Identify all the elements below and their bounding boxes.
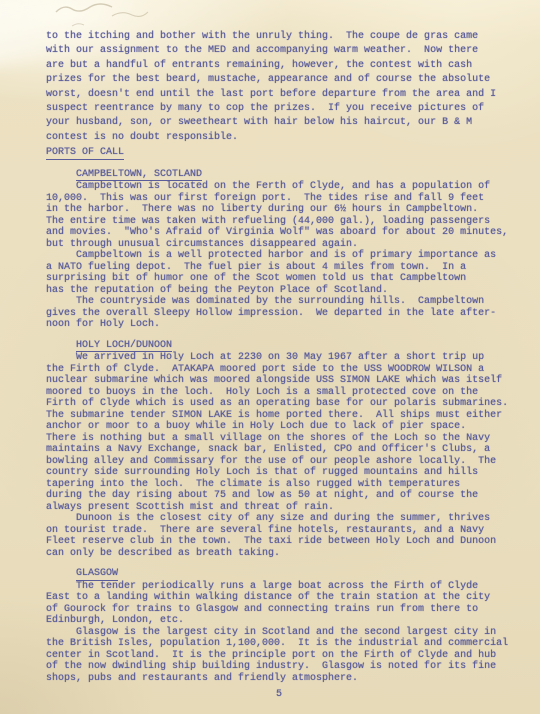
ports-of-call-label: PORTS OF CALL: [46, 147, 124, 160]
text-line: Edinburgh, London, etc.: [46, 615, 512, 627]
section-title: GLASGOW: [76, 568, 118, 581]
text-line: during the day rising about 75 and low a…: [46, 490, 512, 502]
text-line: noon for Holy Loch.: [46, 319, 512, 331]
text-line: are but a handful of entrants remaining,…: [46, 59, 512, 73]
text-line: There is nothing but a small village on …: [46, 433, 512, 445]
section-heading: HOLY LOCH/DUNOON: [46, 340, 512, 353]
section-heading-line: CAMPBELTOWN, SCOTLAND: [76, 169, 512, 182]
text-line: We arrived in Holy Loch at 2230 on 30 Ma…: [46, 352, 512, 364]
section-heading: GLASGOW: [46, 568, 512, 581]
section-holy-loch-dunoon: HOLY LOCH/DUNOON We arrived in Holy Loch…: [46, 340, 512, 560]
paragraph: The countryside was dominated by the sur…: [46, 296, 512, 331]
text-line: The entire time was taken with refueling…: [46, 216, 512, 228]
text-line: to the itching and bother with the unrul…: [46, 30, 512, 44]
section-campbeltown-scotland: CAMPBELTOWN, SCOTLAND Campbeltown is loc…: [46, 169, 512, 331]
document-page: to the itching and bother with the unrul…: [0, 0, 540, 714]
text-line: of Gourock for trains to Glasgow and con…: [46, 604, 512, 616]
text-line: can only be described as breath taking.: [46, 548, 512, 560]
text-line: Fleet reserve club in the town. The taxi…: [46, 536, 512, 548]
text-line: nuclear submarine which was moored along…: [46, 375, 512, 387]
text-line: always present Scottish mist and threat …: [46, 502, 512, 514]
paragraph: The tender periodically runs a large boa…: [46, 581, 512, 627]
text-line: the British Isles, population 1,100,000.…: [46, 638, 512, 650]
section-title: CAMPBELTOWN, SCOTLAND: [76, 169, 202, 182]
text-line: a NATO fueling depot. The fuel pier is a…: [46, 262, 512, 274]
text-line: prizes for the best beard, mustache, app…: [46, 73, 512, 87]
intro-paragraph: to the itching and bother with the unrul…: [46, 30, 512, 145]
text-line: Campbeltown is a well protected harbor a…: [46, 250, 512, 262]
section-heading-line: HOLY LOCH/DUNOON: [76, 340, 512, 353]
text-line: of the now dwindling ship building indus…: [46, 661, 512, 673]
text-line: worst, doesn't end until the last port b…: [46, 88, 512, 102]
text-line: has the reputation of being the Peyton P…: [46, 285, 512, 297]
text-line: bowling alley and Commissary for the use…: [46, 456, 512, 468]
text-line: tapering into the loch. The climate is a…: [46, 479, 512, 491]
text-line: but through unusual circumstances disapp…: [46, 239, 512, 251]
text-line: contest is no doubt responsible.: [46, 131, 512, 145]
text-line: maintains a Navy Exchange, snack bar, En…: [46, 444, 512, 456]
page-number: 5: [46, 689, 512, 701]
text-line: Glasgow is the largest city in Scotland …: [46, 627, 512, 639]
text-line: The tender periodically runs a large boa…: [46, 581, 512, 593]
text-line: 10,000. This was our first foreign port.…: [46, 193, 512, 205]
paragraph: Dunoon is the closest city of any size a…: [46, 513, 512, 559]
text-line: anchor or moor to a buoy while in Holy L…: [46, 421, 512, 433]
text-line: your husband, son, or sweetheart with ha…: [46, 116, 512, 130]
text-line: center in Scotland. It is the principle …: [46, 650, 512, 662]
text-line: gives the overall Sleepy Hollow impressi…: [46, 308, 512, 320]
ports-of-call-line: PORTS OF CALL: [46, 147, 512, 160]
paragraph: Campbeltown is located on the Ferth of C…: [46, 181, 512, 250]
text-line: in the harbor. There was no liberty duri…: [46, 204, 512, 216]
section-heading-line: GLASGOW: [76, 568, 512, 581]
section-title: HOLY LOCH/DUNOON: [76, 340, 172, 353]
section-glasgow: GLASGOW The tender periodically runs a l…: [46, 568, 512, 684]
text-line: surprising bit of humor one of the Scot …: [46, 273, 512, 285]
paragraph: Glasgow is the largest city in Scotland …: [46, 627, 512, 685]
paragraph: We arrived in Holy Loch at 2230 on 30 Ma…: [46, 352, 512, 513]
text-line: suspect reentrance by many to cop the pr…: [46, 102, 512, 116]
text-line: The submarine tender SIMON LAKE is home …: [46, 410, 512, 422]
text-line: and movies. "Who's Afraid of Virginia Wo…: [46, 227, 512, 239]
text-line: East to a landing within walking distanc…: [46, 592, 512, 604]
text-line: with our assignment to the MED and accom…: [46, 44, 512, 58]
handwritten-smudge: [52, 2, 182, 32]
text-column: to the itching and bother with the unrul…: [46, 30, 512, 701]
sections-container: CAMPBELTOWN, SCOTLAND Campbeltown is loc…: [46, 169, 512, 685]
text-line: moored to buoys in the loch. Holy Loch i…: [46, 387, 512, 399]
section-heading: CAMPBELTOWN, SCOTLAND: [46, 169, 512, 182]
text-line: country side surrounding Holy Loch is th…: [46, 467, 512, 479]
text-line: on tourist trade. There are several fine…: [46, 525, 512, 537]
text-line: the Firth of Clyde. ATAKAPA moored port …: [46, 364, 512, 376]
text-line: The countryside was dominated by the sur…: [46, 296, 512, 308]
paragraph: Campbeltown is a well protected harbor a…: [46, 250, 512, 296]
text-line: Dunoon is the closest city of any size a…: [46, 513, 512, 525]
ports-of-call-heading: PORTS OF CALL: [46, 147, 512, 160]
text-line: Firth of Clyde which is used as an opera…: [46, 398, 512, 410]
text-line: shops, pubs and restaurants and friendly…: [46, 673, 512, 685]
text-line: Campbeltown is located on the Ferth of C…: [46, 181, 512, 193]
